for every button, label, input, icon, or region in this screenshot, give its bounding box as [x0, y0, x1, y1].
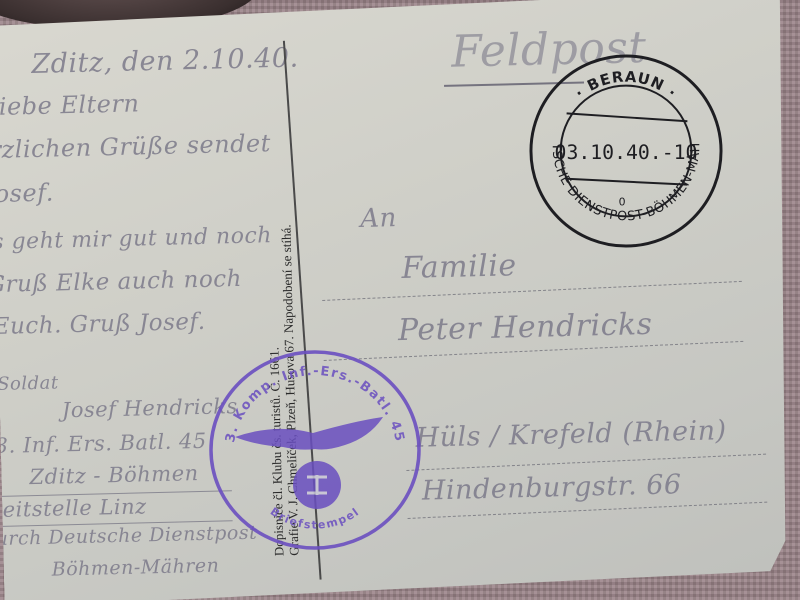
address-line: Hindenburgstr. 66	[422, 469, 682, 506]
address-salutation: An	[360, 203, 397, 234]
postmark-code: 0	[619, 195, 626, 208]
message-line: Herzlichen Grüße sendet	[0, 129, 271, 165]
unit-stamp-ring: 3. Komp. Inf.-Ers.-Batl. 45	[223, 364, 407, 444]
postmark-date: 03.10.40.-10	[555, 141, 698, 164]
eagle-emblem-icon	[235, 417, 383, 509]
sender-line: Soldat	[0, 372, 59, 394]
sender-line: Zditz - Böhmen	[29, 461, 199, 489]
message-line: Josef.	[0, 179, 54, 209]
message-line: Liebe Eltern	[0, 89, 140, 121]
message-line: Euch. Gruß Josef.	[0, 309, 206, 340]
postmark-town: · BERAUN ·	[571, 67, 680, 102]
svg-text:· BERAUN ·: · BERAUN ·	[571, 67, 680, 102]
beraun-postmark: · BERAUN · DEUTSCHE DIENSTPOST-BÖHMEN-MÄ…	[527, 52, 725, 250]
address-line: Hüls / Krefeld (Rhein)	[415, 415, 727, 454]
address-line: Peter Hendricks	[398, 307, 653, 348]
message-line: Es geht mir gut und noch	[0, 223, 272, 255]
sender-line: Leitstelle Linz	[0, 494, 147, 522]
message-line: Gruß Elke auch noch	[0, 266, 242, 298]
svg-text:3. Komp. Inf.-Ers.-Batl. 45: 3. Komp. Inf.-Ers.-Batl. 45	[223, 364, 407, 444]
sender-line: 3. Inf. Ers. Batl. 45	[0, 429, 207, 458]
address-dotted-line	[322, 281, 742, 301]
message-date-line: Zditz, den 2.10.40.	[31, 42, 299, 80]
unit-stamp: 3. Komp. Inf.-Ers.-Batl. 45 Briefstempel	[205, 345, 425, 555]
sender-line: Böhmen-Mähren	[51, 555, 219, 581]
address-dotted-line	[406, 454, 766, 471]
address-line: Familie	[401, 248, 517, 286]
